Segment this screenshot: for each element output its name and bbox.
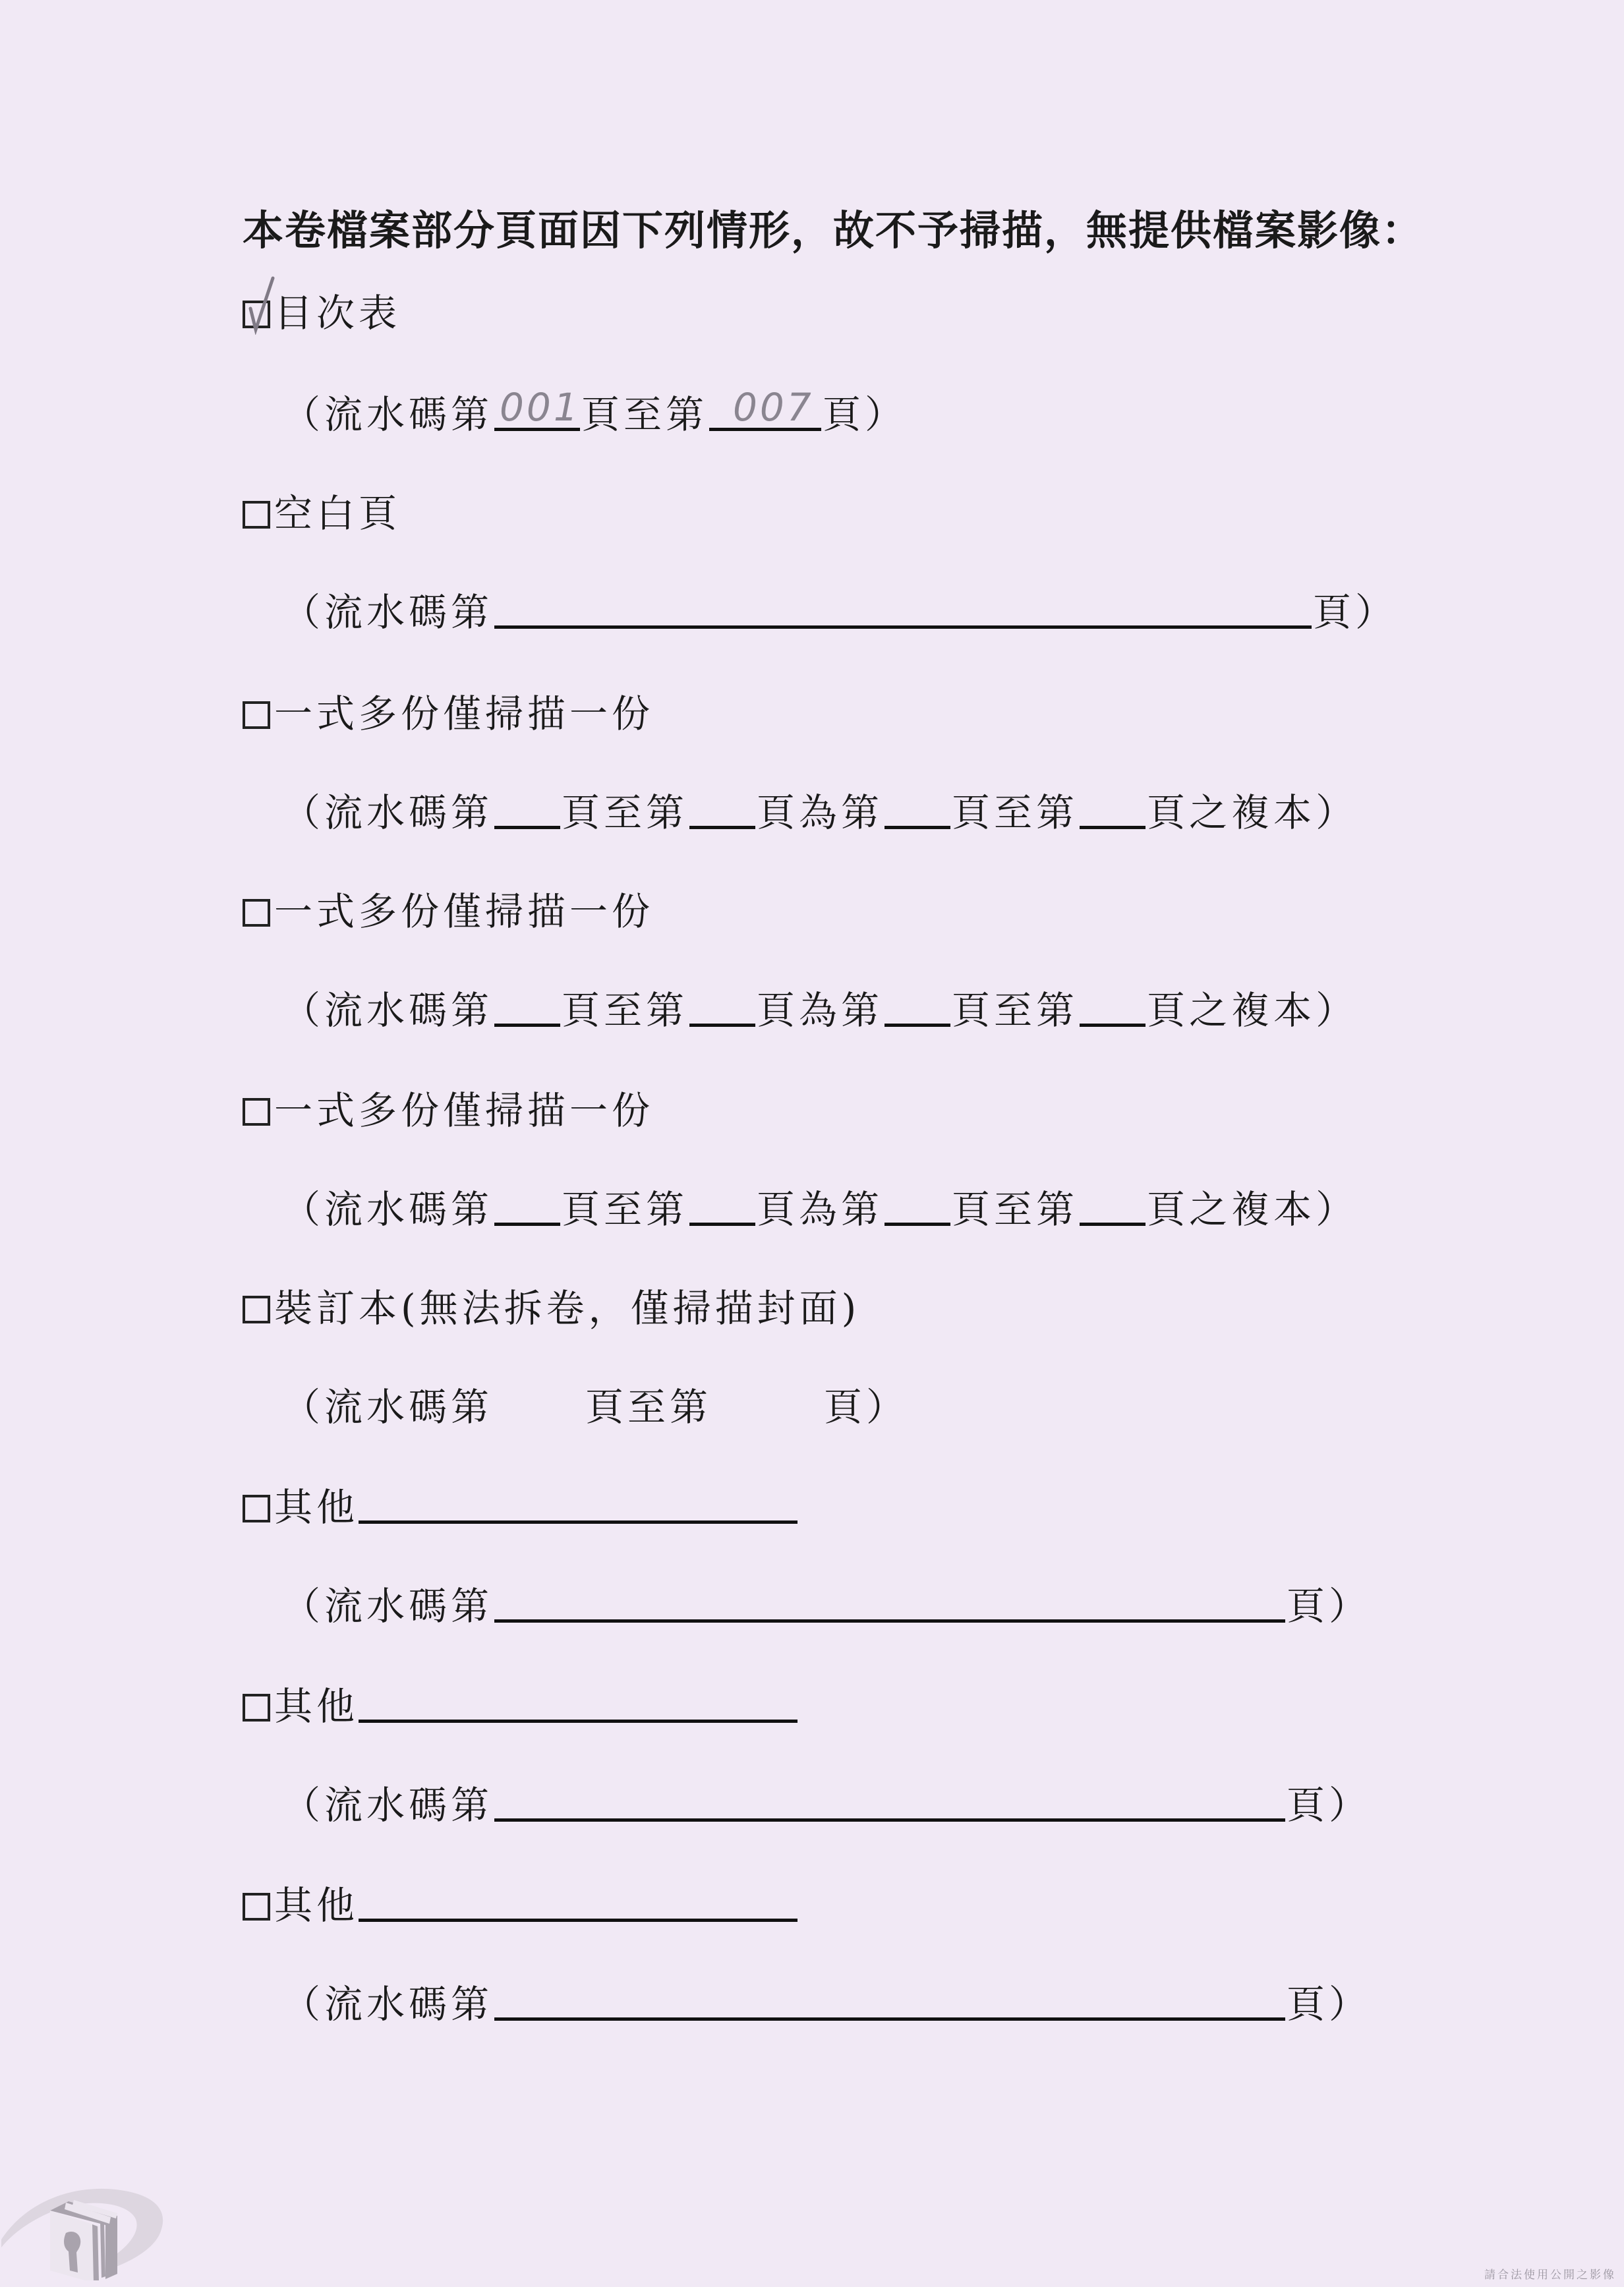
detail-text: 頁為第 xyxy=(757,987,883,1033)
checkbox-checked[interactable] xyxy=(243,301,270,328)
option-label: 其他 xyxy=(274,1882,359,1928)
from-page-field[interactable]: 001 xyxy=(494,392,580,431)
option-other[interactable]: 其他 xyxy=(243,1683,799,1729)
option-detail-line: （流水碼第 頁至第 頁為第 頁至第 頁之複本） xyxy=(282,987,1358,1033)
page-range-field[interactable] xyxy=(494,1783,1285,1822)
page-field[interactable] xyxy=(884,790,950,829)
page-range-field[interactable] xyxy=(494,590,1312,629)
detail-text: 頁為第 xyxy=(757,790,883,836)
page-heading: 本卷檔案部分頁面因下列情形，故不予掃描，無提供檔案影像： xyxy=(243,198,1424,256)
option-detail-line: （流水碼第 頁至第 頁為第 頁至第 頁之複本） xyxy=(282,1186,1358,1232)
detail-text: 頁為第 xyxy=(757,1186,883,1232)
option-label: 一式多份僅掃描一份 xyxy=(274,888,654,935)
checkbox-unchecked[interactable] xyxy=(243,501,270,529)
detail-text: 頁至第 xyxy=(952,1186,1078,1232)
option-label: 其他 xyxy=(274,1484,359,1530)
page-field[interactable] xyxy=(689,1187,755,1226)
detail-text: 頁至第 xyxy=(952,987,1078,1033)
page-field[interactable] xyxy=(494,988,560,1027)
option-label: 裝訂本(無法拆卷，僅掃描封面) xyxy=(274,1285,860,1331)
page-range-field[interactable] xyxy=(494,1584,1285,1623)
usage-watermark: 請合法使用公開之影像 xyxy=(1484,2265,1616,2282)
checkbox-unchecked[interactable] xyxy=(243,1694,270,1722)
option-detail-line: （流水碼第 001 頁至第 007 頁） xyxy=(282,391,907,438)
option-detail-line: （流水碼第 頁） xyxy=(282,589,1397,635)
checkbox-unchecked[interactable] xyxy=(243,1495,270,1522)
detail-text: 頁之複本） xyxy=(1147,987,1358,1033)
other-reason-field[interactable] xyxy=(359,1485,797,1524)
detail-text: 頁之複本） xyxy=(1147,1186,1358,1232)
detail-text: （流水碼第 xyxy=(282,1186,493,1232)
detail-text: 頁至第 xyxy=(562,987,688,1033)
option-other[interactable]: 其他 xyxy=(243,1484,799,1530)
option-other[interactable]: 其他 xyxy=(243,1882,799,1928)
detail-text: 頁） xyxy=(1287,1981,1371,2027)
detail-text: （流水碼第 xyxy=(282,589,493,635)
detail-text: （流水碼第 xyxy=(282,1981,493,2027)
option-table-of-contents[interactable]: 目次表 xyxy=(243,290,401,336)
option-multiple-copies[interactable]: 一式多份僅掃描一份 xyxy=(243,888,654,935)
detail-text: （流水碼第 xyxy=(282,1583,493,1629)
option-multiple-copies[interactable]: 一式多份僅掃描一份 xyxy=(243,691,654,737)
option-detail-line: （流水碼第 頁至第 頁為第 頁至第 頁之複本） xyxy=(282,790,1358,836)
detail-text: 頁至第 xyxy=(585,1384,712,1430)
page-field[interactable] xyxy=(1080,790,1145,829)
option-label: 一式多份僅掃描一份 xyxy=(274,1087,654,1134)
page-field[interactable] xyxy=(689,988,755,1027)
page-field[interactable] xyxy=(884,1187,950,1226)
option-label: 其他 xyxy=(274,1683,359,1729)
option-label: 空白頁 xyxy=(274,490,401,536)
detail-text: 頁） xyxy=(1287,1583,1371,1629)
detail-text: 頁） xyxy=(1287,1782,1371,1828)
detail-text: （流水碼第 xyxy=(282,987,493,1033)
option-detail-line: （流水碼第 頁至第 頁） xyxy=(282,1384,908,1430)
detail-text: 頁至第 xyxy=(952,790,1078,836)
handwritten-value: 001 xyxy=(500,384,581,430)
detail-text: 頁至第 xyxy=(581,391,708,438)
detail-text: 頁至第 xyxy=(562,1186,688,1232)
option-detail-line: （流水碼第 頁） xyxy=(282,1583,1371,1629)
checkbox-unchecked[interactable] xyxy=(243,1296,270,1323)
page-field[interactable] xyxy=(494,790,560,829)
option-multiple-copies[interactable]: 一式多份僅掃描一份 xyxy=(243,1087,654,1134)
page-range-field[interactable] xyxy=(494,1982,1285,2021)
option-label: 目次表 xyxy=(274,290,401,336)
detail-text: （流水碼第 xyxy=(282,391,493,438)
detail-text: 頁之複本） xyxy=(1147,790,1358,836)
page-field[interactable] xyxy=(1080,988,1145,1027)
detail-text: 頁至第 xyxy=(562,790,688,836)
detail-text: （流水碼第 xyxy=(282,790,493,836)
handwritten-value: 007 xyxy=(733,384,814,430)
detail-text: 頁） xyxy=(824,1384,908,1430)
book-keyhole-logo-icon xyxy=(0,2155,171,2280)
other-reason-field[interactable] xyxy=(359,1883,797,1922)
option-detail-line: （流水碼第 頁） xyxy=(282,1981,1371,2027)
checkbox-unchecked[interactable] xyxy=(243,1098,270,1126)
scanned-document-page: 本卷檔案部分頁面因下列情形，故不予掃描，無提供檔案影像： 目次表 （流水碼第 0… xyxy=(0,0,1624,2287)
option-detail-line: （流水碼第 頁） xyxy=(282,1782,1371,1828)
page-field[interactable] xyxy=(494,1187,560,1226)
page-field[interactable] xyxy=(689,790,755,829)
other-reason-field[interactable] xyxy=(359,1684,797,1723)
detail-text: （流水碼第 xyxy=(282,1384,493,1430)
checkbox-unchecked[interactable] xyxy=(243,1893,270,1921)
option-blank-page[interactable]: 空白頁 xyxy=(243,490,401,536)
detail-text: 頁） xyxy=(823,391,907,438)
detail-text: （流水碼第 xyxy=(282,1782,493,1828)
page-field[interactable] xyxy=(1080,1187,1145,1226)
detail-text: 頁） xyxy=(1313,589,1397,635)
option-bound-volume[interactable]: 裝訂本(無法拆卷，僅掃描封面) xyxy=(243,1285,860,1331)
checkmark-icon xyxy=(246,275,286,335)
checkbox-unchecked[interactable] xyxy=(243,701,270,729)
page-field[interactable] xyxy=(884,988,950,1027)
checkbox-unchecked[interactable] xyxy=(243,899,270,927)
to-page-field[interactable]: 007 xyxy=(709,392,821,431)
option-label: 一式多份僅掃描一份 xyxy=(274,691,654,737)
